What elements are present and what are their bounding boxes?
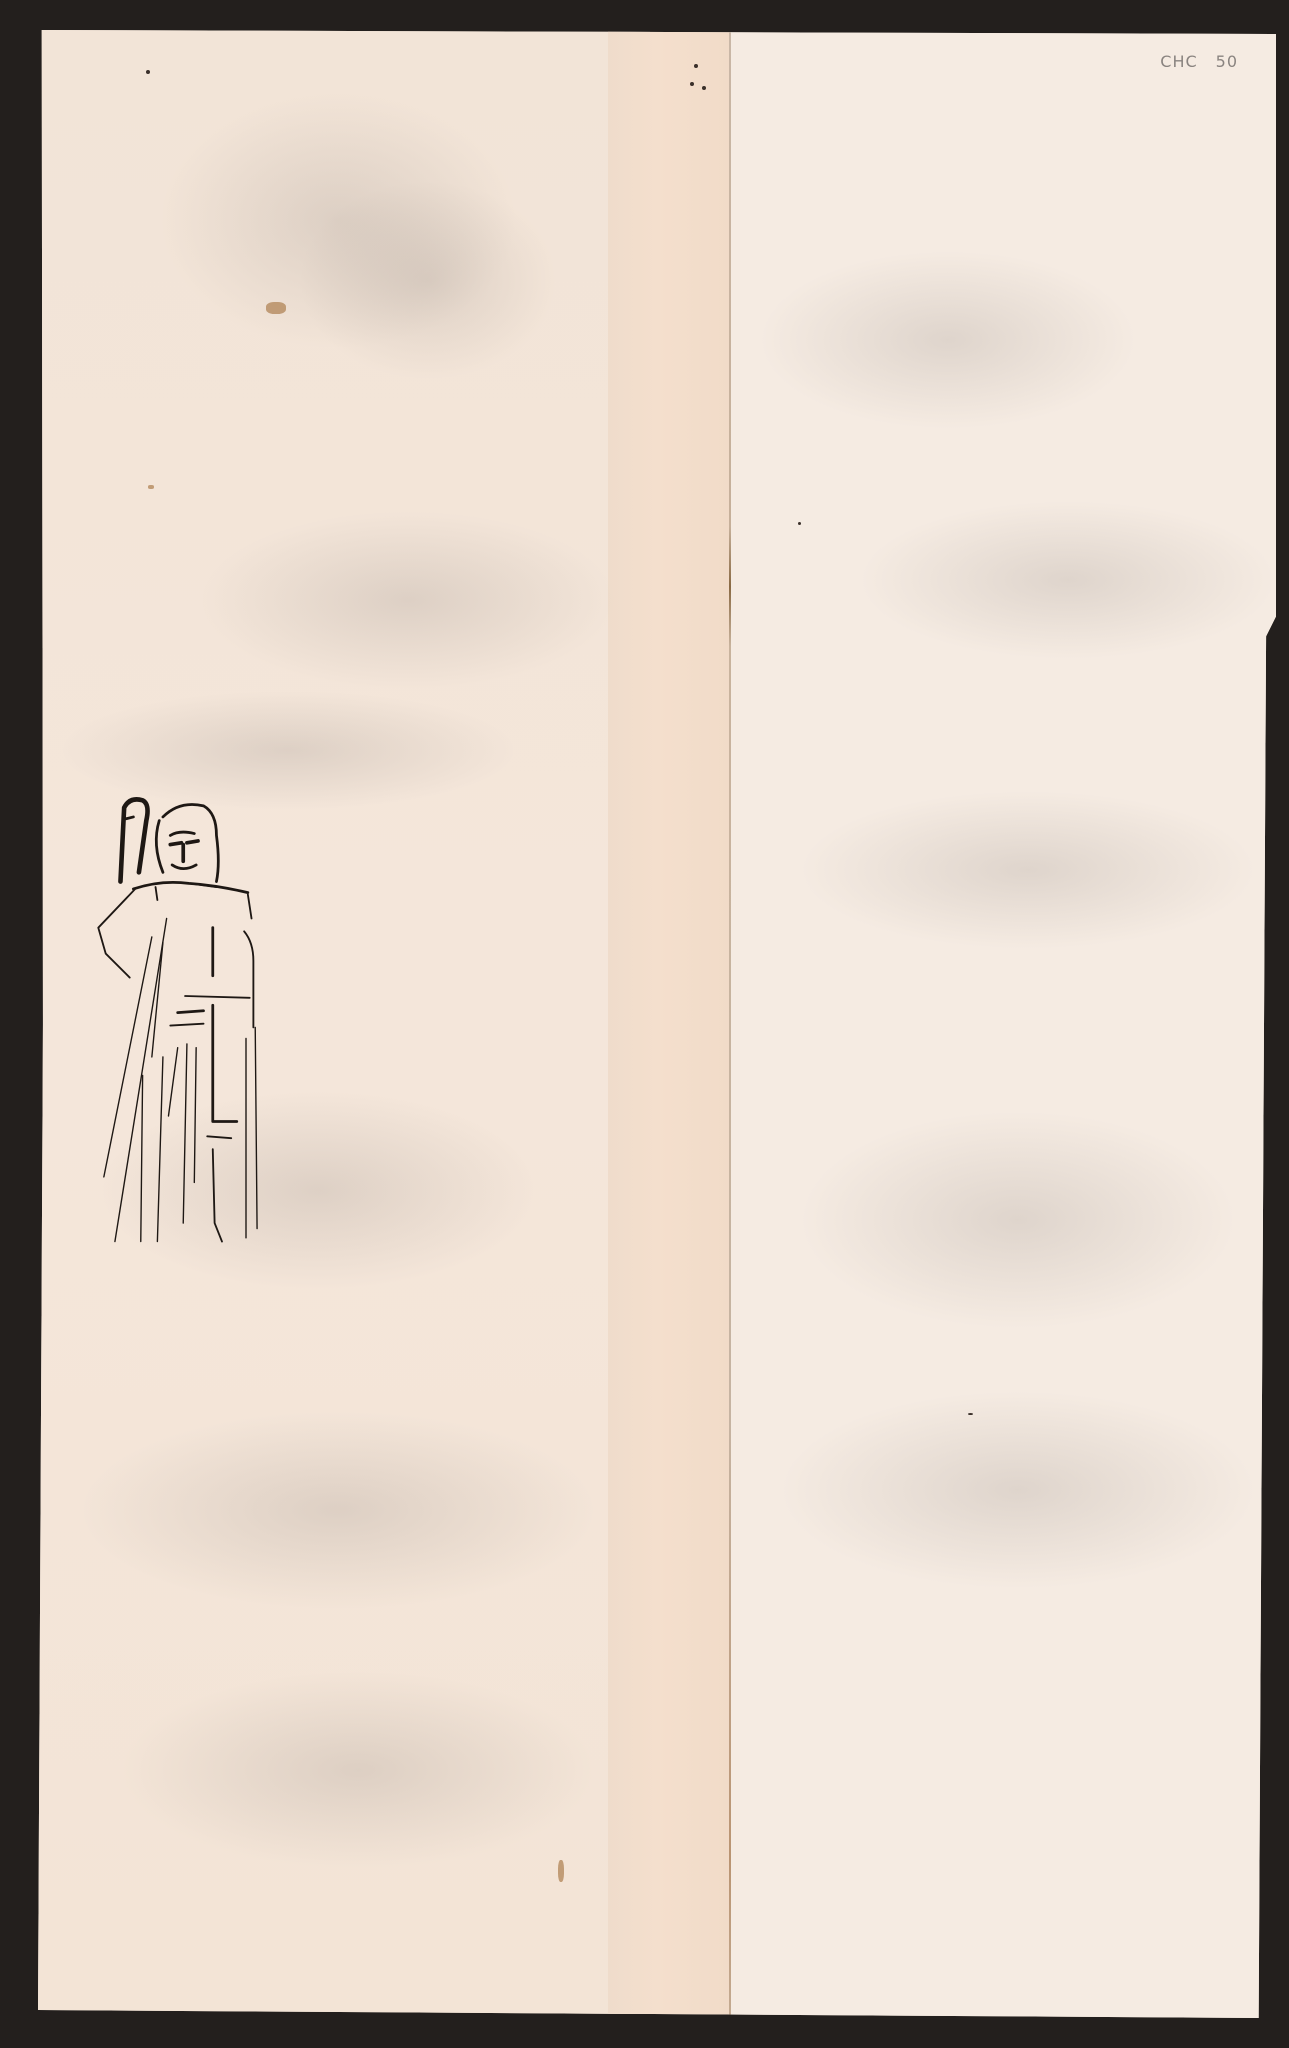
collection-mark: CHC <box>1160 52 1197 71</box>
pencil-offset-smudge <box>758 250 1138 430</box>
ink-speck <box>146 70 150 74</box>
pencil-offset-smudge <box>198 510 618 690</box>
foxing-stain <box>558 1860 564 1882</box>
robed-figure-sketch <box>78 750 318 1290</box>
collection-notation: CHC50 <box>1160 52 1238 71</box>
ink-speck <box>694 64 698 68</box>
pasted-paper-strip <box>608 30 730 2018</box>
pencil-offset-smudge <box>798 1110 1238 1330</box>
ink-speck <box>702 86 706 90</box>
folio-number: 50 <box>1216 52 1238 71</box>
pencil-offset-smudge <box>78 1410 598 1610</box>
ink-speck <box>690 82 694 86</box>
paper-seam <box>729 30 731 2018</box>
pencil-offset-smudge <box>778 1390 1258 1590</box>
pencil-offset-smudge <box>298 180 558 380</box>
paper-sheet: CHC50 <box>38 30 1276 2018</box>
pencil-offset-smudge <box>798 790 1258 950</box>
foxing-stain <box>266 302 286 314</box>
foxing-stain <box>148 485 154 489</box>
ink-speck <box>798 522 801 525</box>
ink-speck <box>968 1413 973 1415</box>
pencil-offset-smudge <box>858 500 1278 660</box>
pencil-offset-smudge <box>118 1670 598 1870</box>
